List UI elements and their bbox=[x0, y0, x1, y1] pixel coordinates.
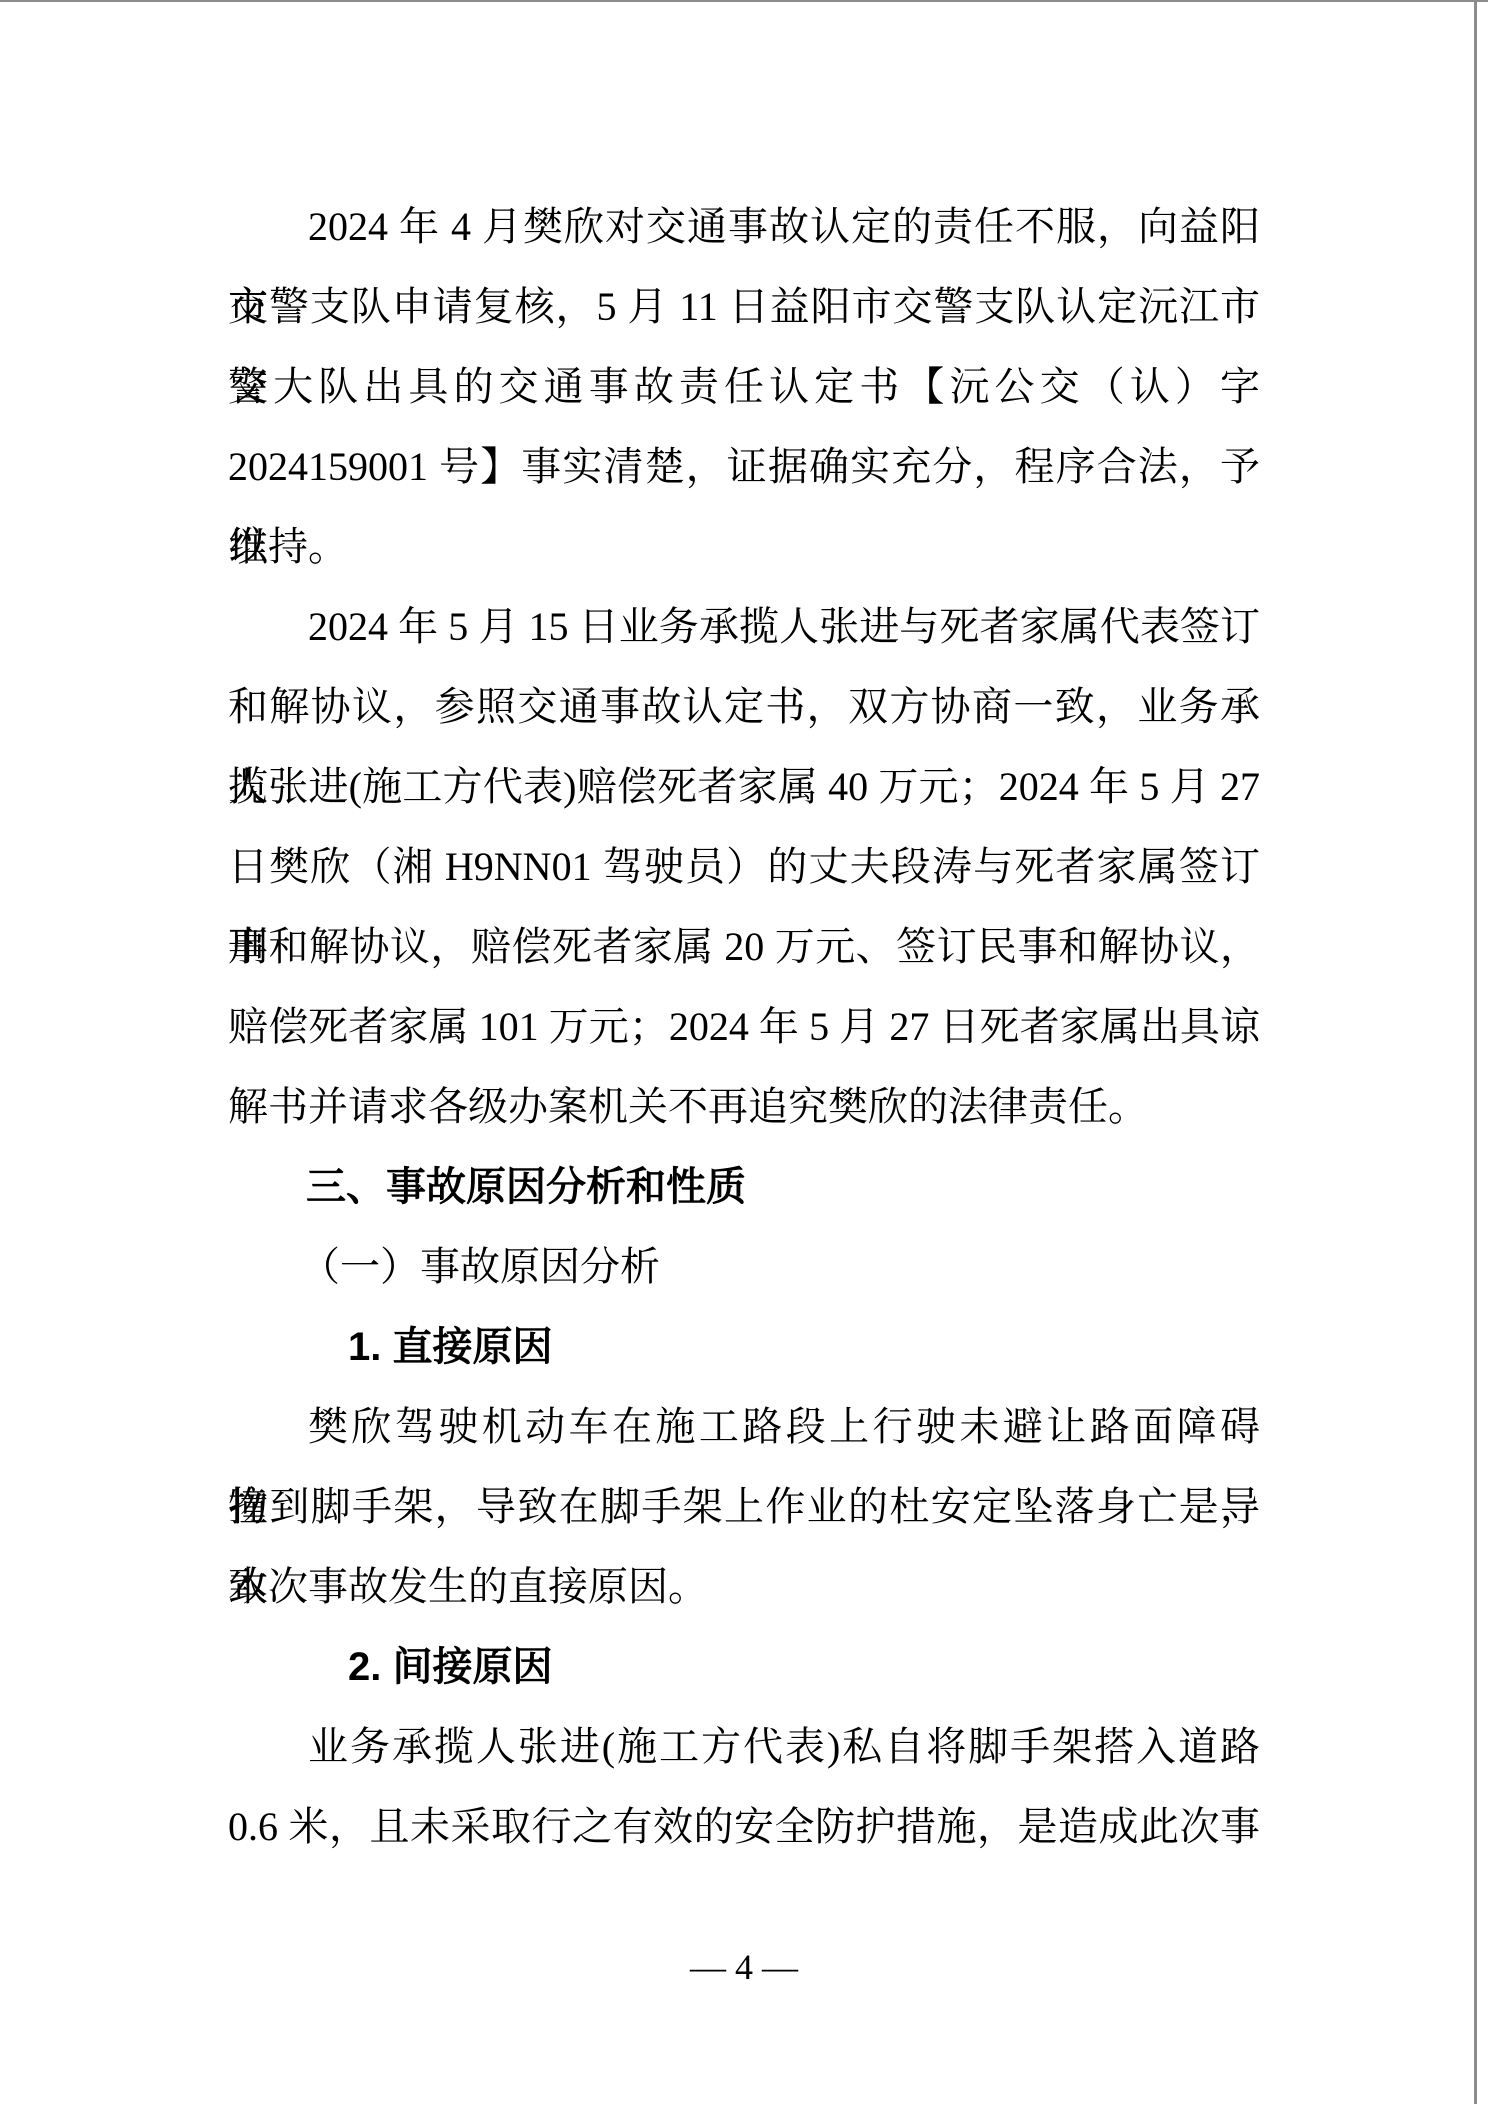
page-number-label: — 4 — bbox=[690, 1947, 798, 1987]
text-line: 业务承揽人张进(施工方代表)私自将脚手架搭入道路 bbox=[228, 1707, 1260, 1787]
text-line: 警大队出具的交通事故责任认定书【沅公交（认）字 bbox=[228, 347, 1260, 427]
heading-line: 三、事故原因分析和性质 bbox=[228, 1147, 1260, 1227]
text-line: 本次事故发生的直接原因。 bbox=[228, 1547, 1260, 1627]
text-line: 解书并请求各级办案机关不再追究樊欣的法律责任。 bbox=[228, 1067, 1260, 1147]
text-line: 2024 年 4 月樊欣对交通事故认定的责任不服，向益阳市 bbox=[228, 187, 1260, 267]
heading-line: （一）事故原因分析 bbox=[228, 1227, 1260, 1307]
text-line: 2024159001 号】事实清楚，证据确实充分，程序合法，予以 bbox=[228, 427, 1260, 507]
document-text-block: 2024 年 4 月樊欣对交通事故认定的责任不服，向益阳市交警支队申请复核，5 … bbox=[228, 187, 1260, 1867]
text-line: 维持。 bbox=[228, 507, 1260, 587]
document-page: { "page": { "number_label": "— 4 —", "ba… bbox=[0, 0, 1488, 2104]
text-line: 赔偿死者家属 101 万元；2024 年 5 月 27 日死者家属出具谅 bbox=[228, 987, 1260, 1067]
text-line: 交警支队申请复核，5 月 11 日益阳市交警支队认定沅江市交 bbox=[228, 267, 1260, 347]
page-top-edge-line bbox=[0, 0, 1488, 2]
text-line: 0.6 米，且未采取行之有效的安全防护措施，是造成此次事 bbox=[228, 1787, 1260, 1867]
text-line: 和解协议，参照交通事故认定书，双方协商一致，业务承揽 bbox=[228, 667, 1260, 747]
heading-line: 1. 直接原因 bbox=[228, 1307, 1260, 1387]
heading-line: 2. 间接原因 bbox=[228, 1627, 1260, 1707]
text-line: 2024 年 5 月 15 日业务承揽人张进与死者家属代表签订 bbox=[228, 587, 1260, 667]
text-line: 撞到脚手架，导致在脚手架上作业的杜安定坠落身亡是导致 bbox=[228, 1467, 1260, 1547]
text-line: 樊欣驾驶机动车在施工路段上行驶未避让路面障碍物， bbox=[228, 1387, 1260, 1467]
page-number: — 4 — bbox=[0, 1940, 1488, 1994]
page-right-edge-line bbox=[1474, 0, 1477, 2104]
text-line: 事和解协议，赔偿死者家属 20 万元、签订民事和解协议， bbox=[228, 907, 1260, 987]
text-line: 人张进(施工方代表)赔偿死者家属 40 万元；2024 年 5 月 27 bbox=[228, 747, 1260, 827]
text-line: 日樊欣（湘 H9NN01 驾驶员）的丈夫段涛与死者家属签订刑 bbox=[228, 827, 1260, 907]
